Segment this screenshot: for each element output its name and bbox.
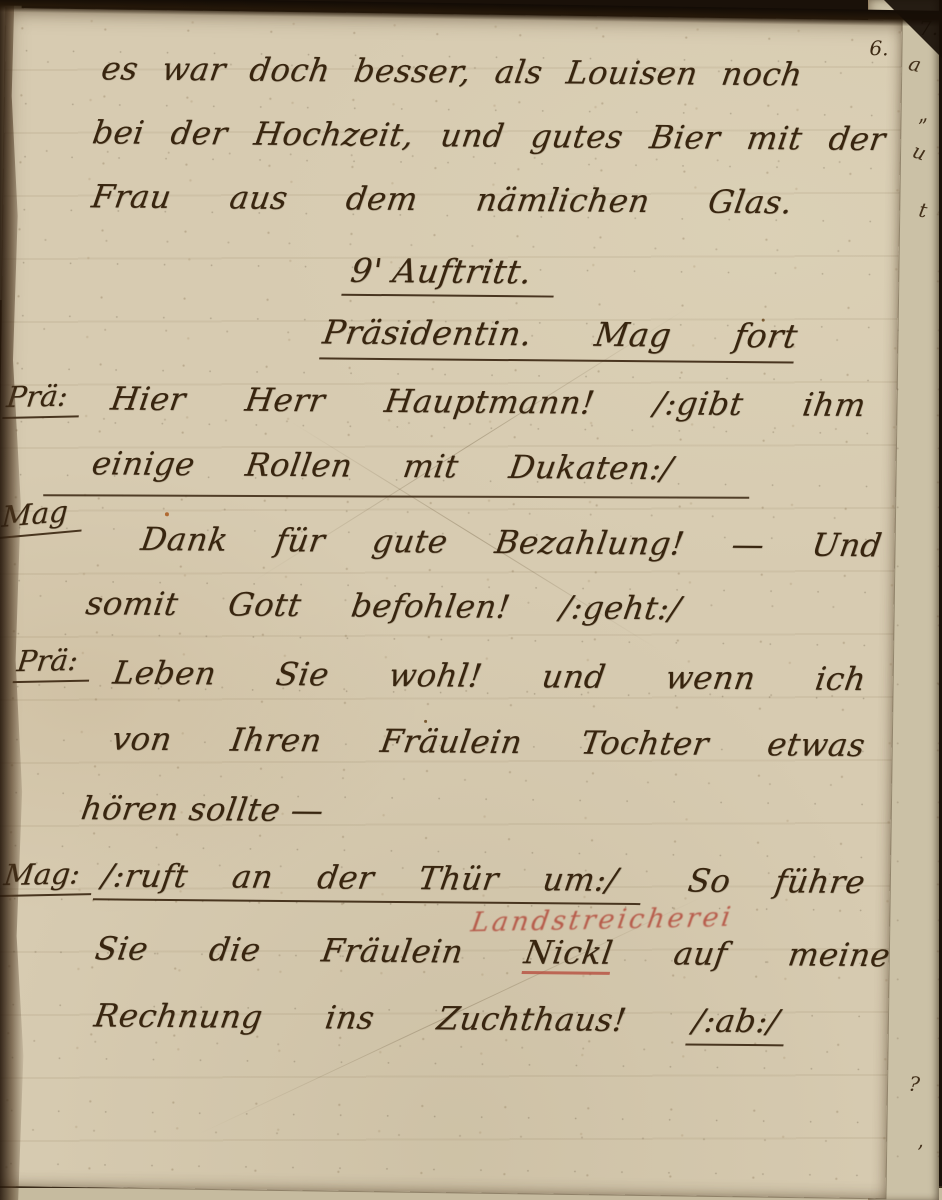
page-number: 6. xyxy=(869,36,888,60)
manuscript-line-text: auf meine xyxy=(610,934,893,974)
manuscript-line: hören sollte — xyxy=(79,789,327,829)
manuscript-line: somit Gott befohlen! /:geht:/ xyxy=(83,584,683,628)
page-edge-ink-fragment: t xyxy=(917,197,929,222)
red-underlined-word: Nickl xyxy=(521,933,615,975)
page-edge-ink-fragment: ? xyxy=(908,1072,921,1097)
manuscript-line-text: Rechnung ins Zuchthaus! xyxy=(92,996,692,1039)
manuscript-line: es war doch besser, als Louisen noch xyxy=(99,49,805,93)
paper-fleck xyxy=(165,512,169,516)
manuscript-page: 6. es war doch besser, als Louisen noch … xyxy=(0,8,902,1198)
manuscript-line: von Ihren Fräulein Tochter etwas xyxy=(110,720,868,765)
manuscript-line: Dank für gute Bezahlung! — Und xyxy=(138,520,884,565)
manuscript-line: /:ruft an der Thür um:/ So führe xyxy=(94,856,868,901)
manuscript-line-text: Sie die Fräulein xyxy=(93,929,528,971)
manuscript-line: Hier Herr Hauptmann! /:gibt ihm xyxy=(108,380,868,425)
manuscript-line: Rechnung ins Zuchthaus! /:ab:/ xyxy=(92,996,790,1040)
page-edge-ink-fragment: „ xyxy=(915,101,929,126)
manuscript-line: Leben Sie wohl! und wenn ich xyxy=(110,654,868,699)
manuscript-line: Sie die Fräulein Nickl auf meine xyxy=(93,929,893,974)
scene-heading: 9' Auftritt. xyxy=(342,251,561,292)
speech-underline xyxy=(43,494,749,498)
scene-characters-heading: Präsidentin. Mag fort xyxy=(319,312,800,363)
manuscript-line: Frau aus dem nämlichen Glas. xyxy=(89,177,795,221)
page-edge-ink-fragment: a xyxy=(906,51,923,77)
stage-direction: /:ruft an der Thür um:/ xyxy=(93,856,647,905)
scene-heading-text: 9' Auftritt. xyxy=(341,251,560,298)
manuscript-line: einige Rollen mit Dukaten:/ xyxy=(89,444,675,487)
manuscript-line-text: So führe xyxy=(686,862,868,901)
page-edge-ink-fragment: , xyxy=(916,1128,924,1152)
stage-direction-exit: /:ab:/ xyxy=(686,1002,790,1047)
manuscript-line: bei der Hochzeit, und gutes Bier mit der xyxy=(90,113,888,158)
speaker-label: Prä: xyxy=(13,643,94,684)
page-edge-ink-fragment: u xyxy=(909,139,929,166)
